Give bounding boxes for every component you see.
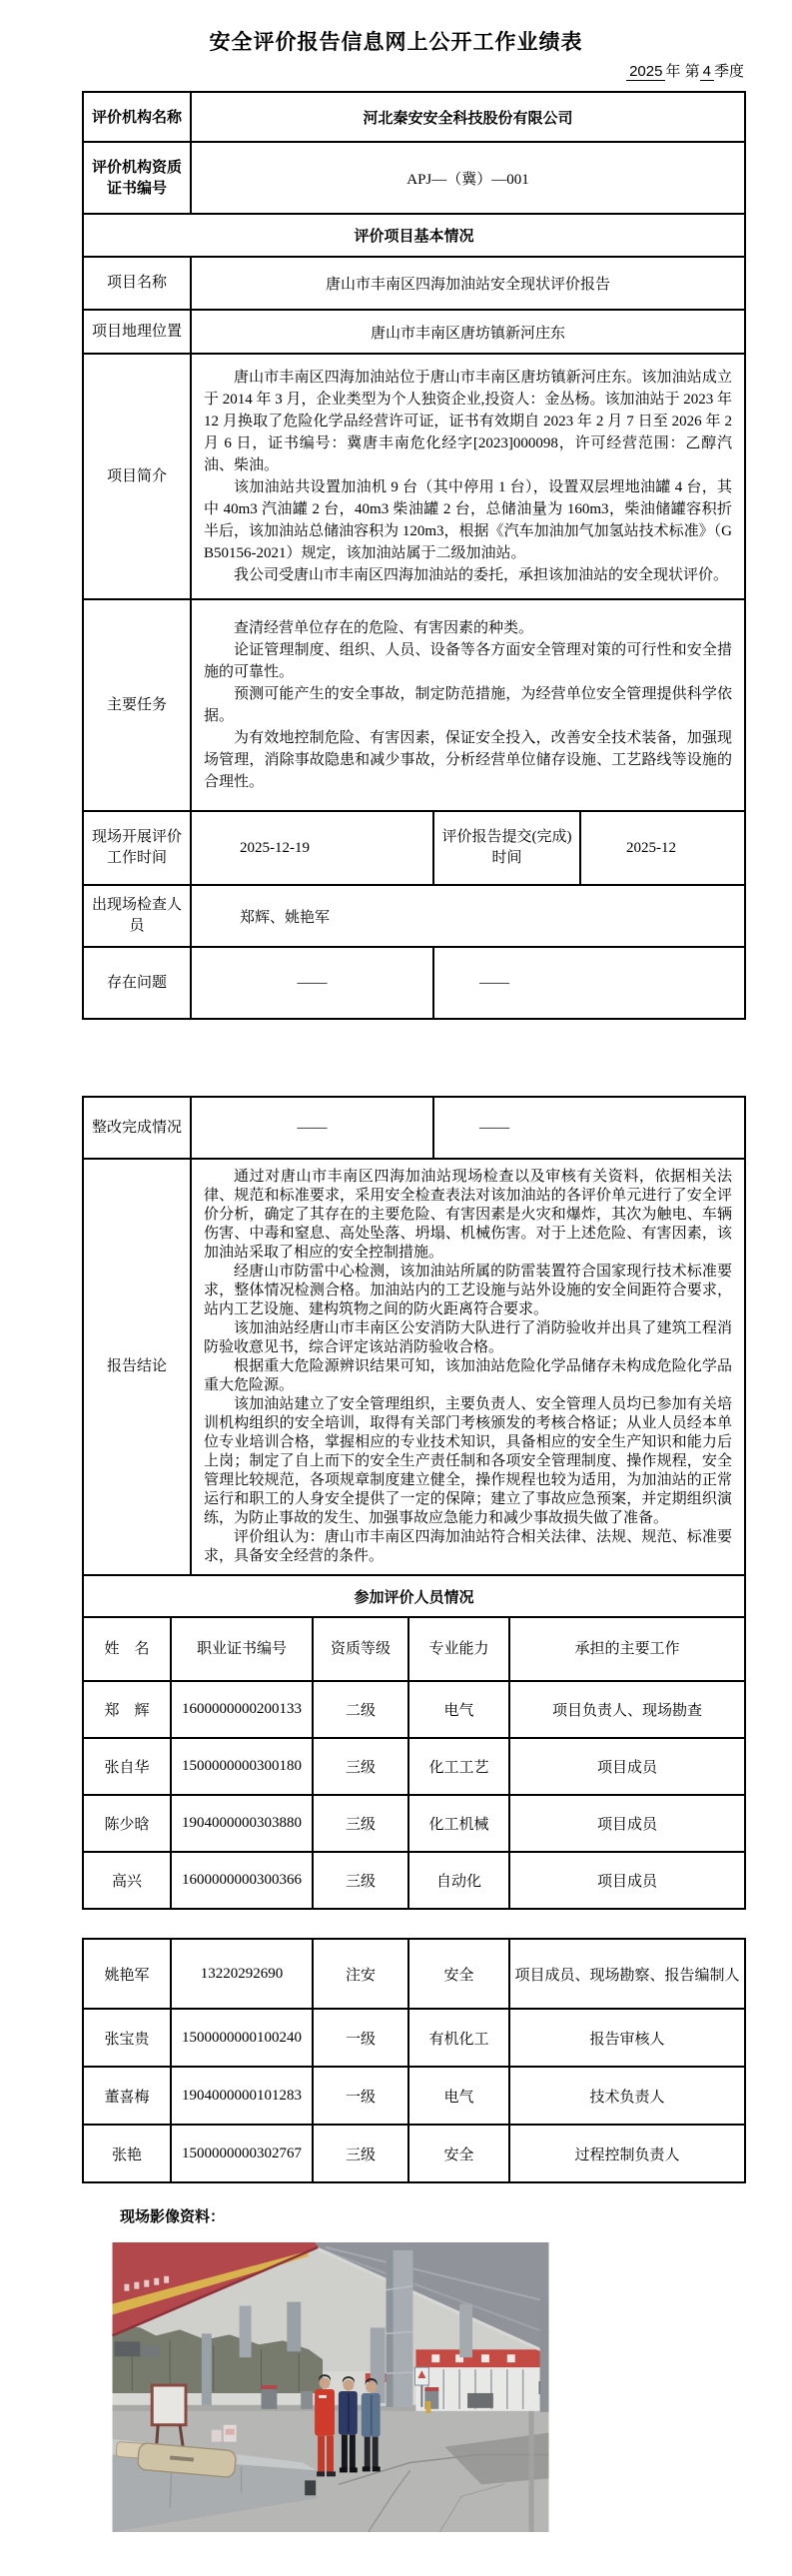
row-project-name: 项目名称 唐山市丰南区四海加油站安全现状评价报告 [83, 257, 745, 310]
conclusion-text: 通过对唐山市丰南区四海加油站现场检查以及审核有关资料，依据相关法律、规范和标准要… [191, 1159, 745, 1575]
person-level: 三级 [313, 1738, 408, 1795]
col-header-name: 姓 名 [83, 1617, 171, 1681]
row-times: 现场开展评价工作时间 2025-12-19 评价报告提交(完成)时间 2025-… [83, 811, 745, 885]
brief-paragraph: 唐山市丰南区四海加油站位于唐山市丰南区唐坊镇新河庄东。该加油站成立于 2014 … [204, 367, 732, 476]
person-ability: 安全 [408, 1939, 509, 2009]
person-level: 三级 [313, 2125, 408, 2182]
tasks-paragraph: 为有效地控制危险、有害因素，保证安全投入，改善安全技术装备，加强现场管理，消除事… [204, 727, 732, 793]
col-header-level: 资质等级 [313, 1617, 408, 1681]
person-name: 董喜梅 [83, 2067, 171, 2125]
org-name-value: 河北秦安安全科技股份有限公司 [191, 92, 745, 142]
brief-paragraph: 该加油站共设置加油机 9 台（其中停用 1 台），设置双层埋地油罐 4 台，其中… [204, 476, 732, 564]
person-work: 项目成员 [509, 1795, 745, 1852]
row-rectification: 整改完成情况 —— —— [83, 1097, 745, 1159]
row-org-name: 评价机构名称 河北秦安安全科技股份有限公司 [83, 92, 745, 142]
person-work: 项目负责人、现场勘查 [509, 1681, 745, 1738]
person-name: 张宝贵 [83, 2009, 171, 2067]
project-name-value: 唐山市丰南区四海加油站安全现状评价报告 [191, 257, 745, 310]
conclusion-table: 整改完成情况 —— —— 报告结论 通过对唐山市丰南区四海加油站现场检查以及审核… [82, 1096, 746, 1576]
rectification-label: 整改完成情况 [83, 1097, 191, 1159]
col-header-work: 承担的主要工作 [509, 1617, 745, 1681]
personnel-row: 张艳 1500000000302767 三级 安全 过程控制负责人 [83, 2125, 745, 2182]
cert-no-value: APJ—（冀）—001 [191, 142, 745, 214]
personnel-row: 张宝贵 1500000000100240 一级 有机化工 报告审核人 [83, 2009, 745, 2067]
doc-title: 安全评价报告信息网上公开工作业绩表 [0, 0, 792, 56]
personnel-row: 陈少晗 1904000000303880 三级 化工机械 项目成员 [83, 1795, 745, 1852]
personnel-row: 高兴 1600000000300366 三级 自动化 项目成员 [83, 1852, 745, 1909]
row-problems: 存在问题 —— —— [83, 947, 745, 1019]
person-cert: 1600000000300366 [171, 1852, 313, 1909]
personnel-row: 郑 辉 1600000000200133 二级 电气 项目负责人、现场勘查 [83, 1681, 745, 1738]
site-photo [110, 2242, 551, 2532]
person-work: 项目成员 [509, 1738, 745, 1795]
person-work: 过程控制负责人 [509, 2125, 745, 2182]
rectification-value-1: —— [191, 1097, 433, 1159]
tasks-paragraph: 查清经营单位存在的危险、有害因素的种类。 [204, 617, 732, 639]
personnel-table: 参加评价人员情况 姓 名 职业证书编号 资质等级 专业能力 承担的主要工作 郑 … [82, 1574, 746, 1910]
row-brief: 项目简介 唐山市丰南区四海加油站位于唐山市丰南区唐坊镇新河庄东。该加油站成立于 … [83, 354, 745, 599]
person-name: 陈少晗 [83, 1795, 171, 1852]
person-level: 三级 [313, 1795, 408, 1852]
project-name-label: 项目名称 [83, 257, 191, 310]
person-ability: 电气 [408, 1681, 509, 1738]
col-header-ability: 专业能力 [408, 1617, 509, 1681]
person-ability: 安全 [408, 2125, 509, 2182]
person-ability: 电气 [408, 2067, 509, 2125]
location-label: 项目地理位置 [83, 310, 191, 354]
tasks-label: 主要任务 [83, 599, 191, 811]
onsite-time-value: 2025-12-19 [191, 811, 433, 885]
brief-label: 项目简介 [83, 354, 191, 599]
personnel-table-2: 姚艳军 13220292690 注安 安全 项目成员、现场勘察、报告编制人 张宝… [82, 1938, 746, 2183]
media-label: 现场影像资料： [120, 2205, 792, 2226]
rectification-value-2: —— [433, 1097, 745, 1159]
person-ability: 化工机械 [408, 1795, 509, 1852]
row-cert-no: 评价机构资质证书编号 APJ—（冀）—001 [83, 142, 745, 214]
person-cert: 1904000000303880 [171, 1795, 313, 1852]
person-ability: 有机化工 [408, 2009, 509, 2067]
person-level: 三级 [313, 1852, 408, 1909]
period-end: 季度 [714, 63, 744, 80]
person-cert: 1500000000100240 [171, 2009, 313, 2067]
person-ability: 化工工艺 [408, 1738, 509, 1795]
person-work: 项目成员 [509, 1852, 745, 1909]
location-value: 唐山市丰南区唐坊镇新河庄东 [191, 310, 745, 354]
bollard [425, 2401, 430, 2413]
problems-value-1: —— [191, 947, 433, 1019]
cert-no-label: 评价机构资质证书编号 [83, 142, 191, 214]
person-ability: 自动化 [408, 1852, 509, 1909]
conclusion-paragraph: 该加油站建立了安全管理组织，主要负责人、安全管理人员均已参加有关培训机构组织的安… [204, 1395, 732, 1528]
problems-label: 存在问题 [83, 947, 191, 1019]
problems-value-2: —— [433, 947, 745, 1019]
personnel-row: 董喜梅 1904000000101283 一级 电气 技术负责人 [83, 2067, 745, 2125]
table-gap [82, 1020, 744, 1096]
wall-drain [305, 2480, 316, 2495]
person-cert: 1500000000300180 [171, 1738, 313, 1795]
tasks-paragraph: 预测可能产生的安全事故，制定防范措施，为经营单位安全管理提供科学依据。 [204, 683, 732, 727]
person-level: 一级 [313, 2067, 408, 2125]
gas-station-photo [110, 2242, 551, 2532]
conclusion-paragraph: 经唐山市防雷中心检测，该加油站所属的防雷装置符合国家现行技术标准要求，整体情况检… [204, 1263, 732, 1319]
person-name: 郑 辉 [83, 1681, 171, 1738]
section-title-personnel: 参加评价人员情况 [83, 1575, 745, 1617]
person-name: 高兴 [83, 1852, 171, 1909]
person-name: 姚艳军 [83, 1939, 171, 2009]
row-conclusion: 报告结论 通过对唐山市丰南区四海加油站现场检查以及审核有关资料，依据相关法律、规… [83, 1159, 745, 1575]
conclusion-paragraph: 通过对唐山市丰南区四海加油站现场检查以及审核有关资料，依据相关法律、规范和标准要… [204, 1168, 732, 1263]
period-quarter: 4 [700, 63, 714, 81]
brief-paragraph: 我公司受唐山市丰南区四海加油站的委托，承担该加油站的安全现状评价。 [204, 564, 732, 586]
person-level: 一级 [313, 2009, 408, 2067]
performance-report-page: 安全评价报告信息网上公开工作业绩表 2025年 第4季度 评价机构名称 河北秦安… [0, 0, 792, 2576]
conclusion-paragraph: 评价组认为：唐山市丰南区四海加油站符合相关法律、法规、规范、标准要求，具备安全经… [204, 1528, 732, 1566]
row-personnel-header: 姓 名 职业证书编号 资质等级 专业能力 承担的主要工作 [83, 1617, 745, 1681]
onsite-time-label: 现场开展评价工作时间 [83, 811, 191, 885]
period-year: 2025 [626, 63, 665, 81]
person-work: 技术负责人 [509, 2067, 745, 2125]
person-cert: 1904000000101283 [171, 2067, 313, 2125]
person-work: 报告审核人 [509, 2009, 745, 2067]
row-inspectors: 出现场检查人员 郑辉、姚艳军 [83, 885, 745, 947]
personnel-row: 张自华 1500000000300180 三级 化工工艺 项目成员 [83, 1738, 745, 1795]
person-work: 项目成员、现场勘察、报告编制人 [509, 1939, 745, 2009]
brief-text: 唐山市丰南区四海加油站位于唐山市丰南区唐坊镇新河庄东。该加油站成立于 2014 … [191, 354, 745, 599]
period-line: 2025年 第4季度 [82, 60, 746, 81]
table-gap [82, 1910, 744, 1938]
tasks-paragraph: 论证管理制度、组织、人员、设备等各方面安全管理对策的可行性和安全措施的可靠性。 [204, 639, 732, 683]
row-location: 项目地理位置 唐山市丰南区唐坊镇新河庄东 [83, 310, 745, 354]
inspectors-value: 郑辉、姚艳军 [191, 885, 745, 947]
row-section-basic: 评价项目基本情况 [83, 214, 745, 257]
person-name: 张艳 [83, 2125, 171, 2182]
submit-time-value: 2025-12 [580, 811, 745, 885]
row-section-personnel: 参加评价人员情况 [83, 1575, 745, 1617]
tasks-text: 查清经营单位存在的危险、有害因素的种类。 论证管理制度、组织、人员、设备等各方面… [191, 599, 745, 811]
period-mid: 年 第 [665, 63, 699, 80]
person-cert: 1600000000200133 [171, 1681, 313, 1738]
row-tasks: 主要任务 查清经营单位存在的危险、有害因素的种类。 论证管理制度、组织、人员、设… [83, 599, 745, 811]
personnel-row: 姚艳军 13220292690 注安 安全 项目成员、现场勘察、报告编制人 [83, 1939, 745, 2009]
section-title-basic: 评价项目基本情况 [83, 214, 745, 257]
basic-info-table: 评价机构名称 河北秦安安全科技股份有限公司 评价机构资质证书编号 APJ—（冀）… [82, 91, 746, 1020]
conclusion-paragraph: 根据重大危险源辨识结果可知，该加油站危险化学品储存未构成危险化学品重大危险源。 [204, 1357, 732, 1395]
person-cert: 1500000000302767 [171, 2125, 313, 2182]
inspectors-label: 出现场检查人员 [83, 885, 191, 947]
conclusion-paragraph: 该加油站经唐山市丰南区公安消防大队进行了消防验收并出具了建筑工程消防验收意见书，… [204, 1319, 732, 1357]
conclusion-label: 报告结论 [83, 1159, 191, 1575]
person-level: 二级 [313, 1681, 408, 1738]
submit-time-label: 评价报告提交(完成)时间 [433, 811, 580, 885]
org-name-label: 评价机构名称 [83, 92, 191, 142]
person-cert: 13220292690 [171, 1939, 313, 2009]
person-name: 张自华 [83, 1738, 171, 1795]
person-level: 注安 [313, 1939, 408, 2009]
col-header-cert: 职业证书编号 [171, 1617, 313, 1681]
